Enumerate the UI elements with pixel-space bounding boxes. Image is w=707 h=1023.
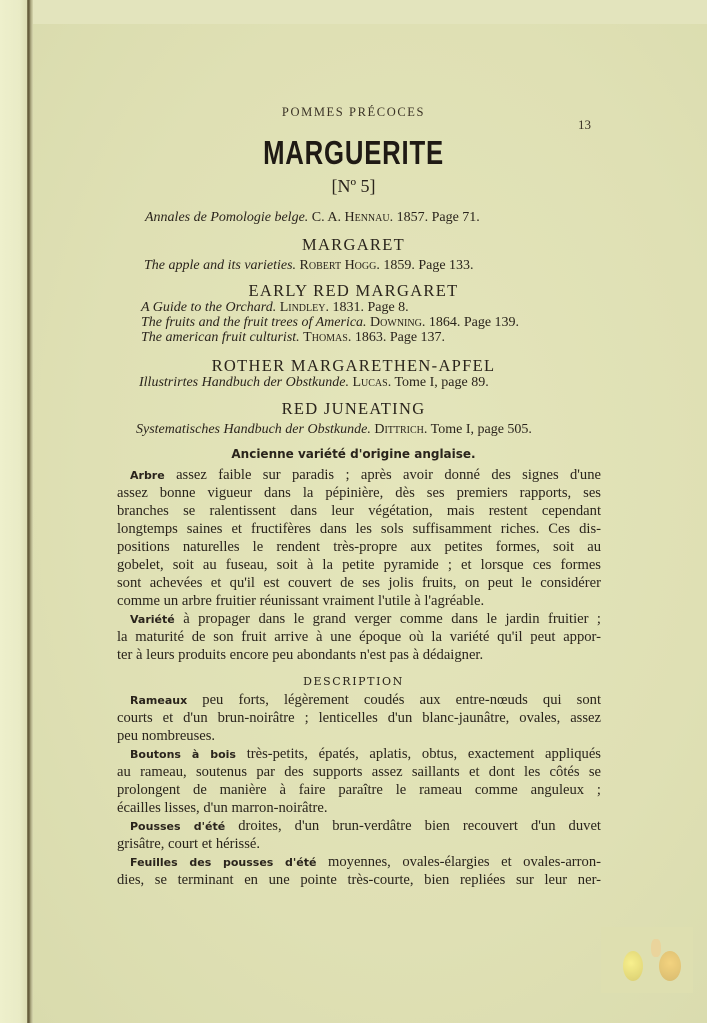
citation-detail: 1863. Page 137. — [355, 330, 445, 345]
apple-stem-icon — [651, 939, 661, 957]
page-title: MARGUERITE — [78, 134, 629, 172]
citation-work: Systematisches Handbuch der Obstkunde. — [136, 422, 371, 437]
citation-detail: Tome I, page 89. — [394, 375, 488, 390]
paragraph-line: comme un arbre fruitier réunissant vraim… — [117, 593, 601, 610]
citation-detail: 1859. Page 133. — [383, 258, 473, 273]
paragraph-line: longtemps saines et fructifères dans les… — [117, 521, 601, 538]
paragraph-line: Feuilles des pousses d'été moyennes, ova… — [130, 854, 601, 871]
paragraph-text: assez faible sur paradis ; après avoir d… — [176, 467, 601, 483]
paragraph-keyword: Variété — [130, 613, 175, 626]
paragraph-line: Variété à propager dans le grand verger … — [130, 611, 601, 628]
citation-author: Thomas. — [303, 330, 351, 345]
facing-page-edge — [0, 0, 28, 1023]
paragraph-line: Pousses d'été droites, d'un brun-verdâtr… — [130, 818, 601, 835]
citation: Illustrirtes Handbuch der Obstkunde. Luc… — [139, 375, 489, 391]
citation-author: Lucas. — [352, 375, 391, 390]
citation-work: Annales de Pomologie belge. — [145, 210, 308, 225]
origin-note: Ancienne variété d'origine anglaise. — [0, 447, 707, 461]
citation: Annales de Pomologie belge. C. A. Hennau… — [145, 210, 480, 226]
citation-author: Downing. — [370, 315, 425, 330]
paragraph-line: gobelet, soit au fuseau, soit à la petit… — [117, 557, 601, 574]
citation: The fruits and the fruit trees of Americ… — [141, 315, 519, 331]
citation: The american fruit culturist. Thomas. 18… — [141, 330, 445, 346]
paragraph-keyword: Rameaux — [130, 694, 187, 707]
paragraph-text: peu forts, légèrement coudés aux entre-n… — [202, 692, 601, 708]
section-heading-description: DESCRIPTION — [0, 675, 707, 688]
synonym-heading: ROTHER MARGARETHEN-APFEL — [0, 356, 707, 376]
paragraph-line: sont achevées et qu'il est couvert de se… — [117, 575, 601, 592]
paragraph-text: à propager dans le grand verger comme da… — [183, 611, 601, 627]
citation-detail: 1857. Page 71. — [397, 210, 480, 225]
paragraph-line: positions naturelles le rendent très-pro… — [117, 539, 601, 556]
citation-author: Robert Hogg. — [300, 258, 380, 273]
synonym-heading: EARLY RED MARGARET — [0, 281, 707, 301]
paragraph-line: dies, se terminant en une pointe très-co… — [117, 872, 601, 889]
paragraph-line: Arbre assez faible sur paradis ; après a… — [130, 467, 601, 484]
citation-work: Illustrirtes Handbuch der Obstkunde. — [139, 375, 349, 390]
paragraph-keyword: Arbre — [130, 469, 165, 482]
citation-author: C. A. Hennau. — [312, 210, 393, 225]
citation-author: Dittrich. — [374, 422, 427, 437]
paragraph-line: Rameaux peu forts, légèrement coudés aux… — [130, 692, 601, 709]
citation-work: The american fruit culturist. — [141, 330, 300, 345]
citation-work: A Guide to the Orchard. — [141, 300, 276, 315]
page-number: 13 — [578, 117, 591, 133]
variety-number: [Nº 5] — [0, 176, 707, 197]
synonym-heading: MARGARET — [0, 235, 707, 255]
citation-work: The fruits and the fruit trees of Americ… — [141, 315, 367, 330]
citation-detail: 1864. Page 139. — [429, 315, 519, 330]
page-top-margin — [33, 0, 707, 24]
synonym-heading: RED JUNEATING — [0, 399, 707, 419]
paragraph-text: moyennes, ovales-élargies et ovales-arro… — [328, 854, 601, 870]
paragraph-line: grisâtre, court et hérissé. — [117, 836, 601, 853]
citation-author: Lindley. — [280, 300, 329, 315]
paragraph-line: au rameau, soutenus par des supports ass… — [117, 764, 601, 781]
citation: The apple and its varieties. Robert Hogg… — [144, 258, 474, 274]
citation: A Guide to the Orchard. Lindley. 1831. P… — [141, 300, 409, 316]
paragraph-line: Boutons à bois très-petits, épatés, apla… — [130, 746, 601, 763]
paragraph-line: courts et d'un brun-noirâtre ; lenticell… — [117, 710, 601, 727]
paragraph-line: la maturité de son fruit arrive à une ép… — [117, 629, 601, 646]
apple-icon — [659, 951, 681, 981]
apple-icon — [623, 951, 643, 981]
paragraph-line: assez bonne vigueur dans la pépinière, d… — [117, 485, 601, 502]
citation-detail: Tome I, page 505. — [431, 422, 532, 437]
paragraph-keyword: Feuilles des pousses d'été — [130, 856, 316, 869]
paragraph-text: droites, d'un brun-verdâtre bien recouve… — [238, 818, 601, 834]
paragraph-keyword: Pousses d'été — [130, 820, 225, 833]
paragraph-line: prolongent de manière à faire paraître l… — [117, 782, 601, 799]
running-head: POMMES PRÉCOCES — [0, 105, 707, 120]
apple-plate-thumbnail-icon — [601, 927, 693, 993]
citation-detail: 1831. Page 8. — [332, 300, 408, 315]
paragraph-line: ter à leurs produits encore peu abondant… — [117, 647, 601, 664]
paragraph-text: très-petits, épatés, aplatis, obtus, exa… — [247, 746, 601, 762]
paragraph-line: écailles lisses, d'un marron-noirâtre. — [117, 800, 601, 817]
citation: Systematisches Handbuch der Obstkunde. D… — [136, 422, 532, 438]
paragraph-keyword: Boutons à bois — [130, 748, 236, 761]
citation-work: The apple and its varieties. — [144, 258, 296, 273]
paragraph-line: branches se ralentissent dans leur végét… — [117, 503, 601, 520]
paragraph-line: peu nombreuses. — [117, 728, 601, 745]
